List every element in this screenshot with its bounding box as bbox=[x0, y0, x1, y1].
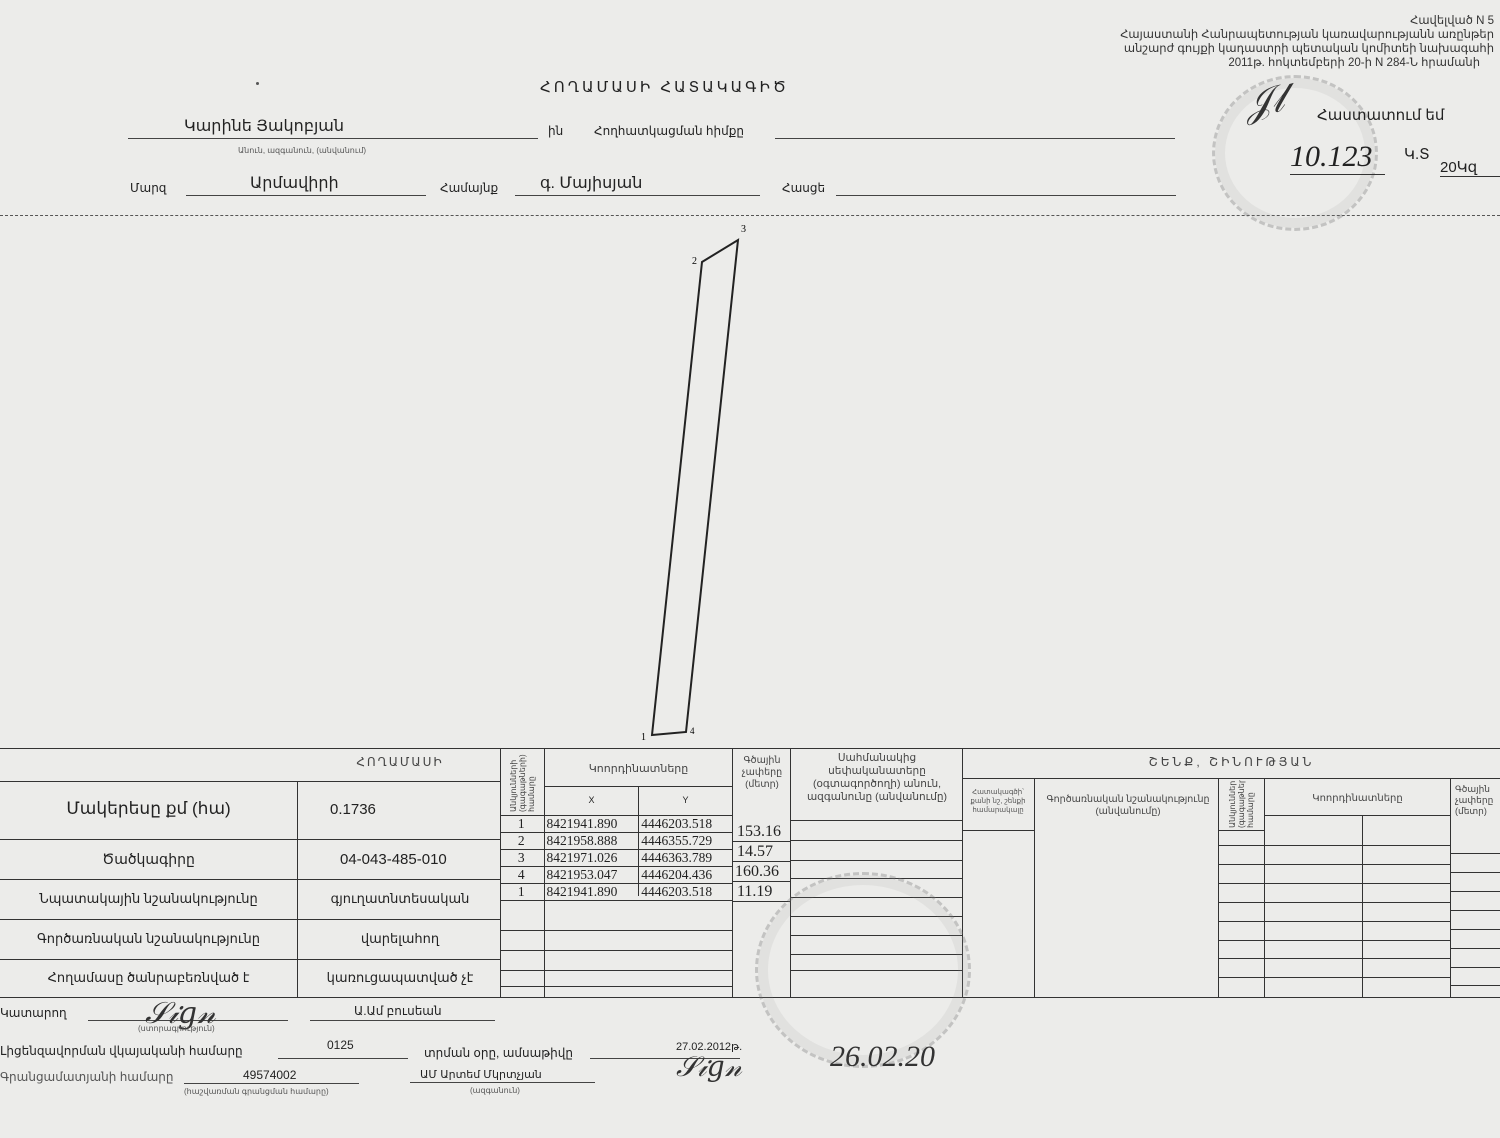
coords-empty-row bbox=[500, 986, 732, 987]
coords-header: Կոորդինատները bbox=[545, 762, 732, 775]
length-rows: 153.16 14.57 160.36 11.19 bbox=[733, 822, 790, 902]
building-length-row bbox=[1450, 872, 1500, 873]
y-header: Y bbox=[639, 795, 732, 805]
plot-point-label: 4 bbox=[690, 726, 695, 736]
building-length-row bbox=[1450, 910, 1500, 911]
coord-row: 4 8421953.047 4446204.436 bbox=[500, 867, 732, 884]
building-col-coords: Կոորդինատները bbox=[1265, 793, 1450, 804]
plot-drawing: 1 2 3 4 bbox=[0, 0, 1500, 760]
parcel-row-purpose: Նպատակային նշանակությունը գյուղատնտեսակա… bbox=[0, 879, 500, 920]
building-col-divider bbox=[1264, 778, 1265, 997]
table-bottom-border bbox=[0, 997, 1500, 998]
registry-value: 49574002 bbox=[243, 1068, 296, 1082]
building-row bbox=[1218, 845, 1450, 846]
issue-label: տրման օրը, ամսաթիվը bbox=[424, 1046, 573, 1060]
building-row bbox=[1218, 921, 1450, 922]
parcel-label: Ծածկագիրը bbox=[0, 851, 297, 868]
building-header: ՇԵՆՔ, ՇԻՆՈՒԹՅԱՆ bbox=[963, 755, 1500, 769]
length-header: Գծային չափերը (մետր) bbox=[736, 755, 788, 791]
building-row bbox=[1218, 902, 1450, 903]
coords-empty-row bbox=[500, 970, 732, 971]
building-col-inventory: Հատակագծի՝ քանի նշ, շենքի համարակալը bbox=[964, 788, 1032, 815]
registry-line bbox=[184, 1083, 359, 1084]
building-row bbox=[1218, 977, 1450, 978]
license-value: 0125 bbox=[327, 1038, 354, 1052]
parcel-label: Մակերեսը քմ (հա) bbox=[0, 799, 297, 819]
approver-name: ԱՄ Արտեմ Մկրտչյան bbox=[420, 1068, 542, 1081]
building-length-row bbox=[1450, 891, 1500, 892]
coord-row: 1 8421941.890 4446203.518 bbox=[500, 884, 732, 901]
building-row bbox=[1218, 883, 1450, 884]
license-label: Լիցենզավորման վկայականի համարը bbox=[0, 1044, 243, 1058]
parcel-header: ՀՈՂԱՄԱՍԻ bbox=[300, 755, 500, 769]
parcel-value: կառուցապատված չէ bbox=[300, 970, 500, 986]
coords-rows: 1 8421941.890 4446203.518 2 8421958.888 … bbox=[500, 816, 732, 901]
building-col-corners: Անկյունների (գագաթների) համարը bbox=[1219, 780, 1263, 830]
coord-row: 2 8421958.888 4446355.729 bbox=[500, 833, 732, 850]
parcel-row-code: Ծածկագիրը 04-043-485-010 bbox=[0, 839, 500, 880]
building-row bbox=[1218, 864, 1450, 865]
building-col-divider bbox=[1034, 778, 1035, 997]
adjacent-row bbox=[790, 860, 962, 861]
stamp-center bbox=[755, 872, 971, 1068]
parcel-value: գյուղատնտեսական bbox=[300, 891, 500, 907]
plot-point-label: 1 bbox=[641, 732, 646, 743]
adjacent-row bbox=[790, 840, 962, 841]
approver-signature: 𝒮𝒾𝑔𝓃 bbox=[676, 1050, 742, 1084]
executor-name: Ա.Ամ բուսեան bbox=[354, 1004, 442, 1018]
approver-line bbox=[410, 1082, 595, 1083]
parcel-value: վարելահող bbox=[300, 931, 500, 947]
table-top-border bbox=[0, 748, 1500, 749]
parcel-value: 04-043-485-010 bbox=[340, 851, 447, 868]
building-length-row bbox=[1450, 967, 1500, 968]
parcel-label: Գործառնական նշանակությունը bbox=[0, 931, 297, 947]
executor-caption: (ստորագրություն) bbox=[138, 1024, 215, 1033]
building-col-length: Գծային չափերը (մետր) bbox=[1455, 784, 1500, 820]
building-length-row bbox=[1450, 853, 1500, 854]
executor-label: Կատարող bbox=[0, 1006, 67, 1020]
coords-point-no-header: Անկյունների (գագաթների) համարը bbox=[500, 748, 544, 815]
handwritten-date: 26.02.20 bbox=[830, 1040, 935, 1074]
registry-caption: (հաշվառման գրանցման համարը) bbox=[184, 1087, 329, 1096]
building-xy-divider bbox=[1362, 815, 1363, 997]
parcel-label: Նպատակային նշանակությունը bbox=[0, 891, 297, 907]
building-header-divider bbox=[962, 778, 1500, 779]
building-col-function: Գործառնական նշանակությունը (անվանումը) bbox=[1038, 794, 1218, 818]
building-col-divider bbox=[1450, 778, 1451, 997]
building-length-row bbox=[1450, 929, 1500, 930]
executor-name-line bbox=[310, 1020, 495, 1021]
plot-point-label: 3 bbox=[741, 224, 746, 235]
coords-empty-row bbox=[500, 950, 732, 951]
plot-point-label: 2 bbox=[692, 256, 697, 267]
license-line bbox=[278, 1058, 408, 1059]
building-length-row bbox=[1450, 948, 1500, 949]
building-length-row bbox=[1450, 985, 1500, 986]
parcel-value: 0.1736 bbox=[330, 801, 376, 818]
coord-row: 1 8421941.890 4446203.518 bbox=[500, 816, 732, 833]
coord-row: 3 8421971.026 4446363.789 bbox=[500, 850, 732, 867]
parcel-label: Հողամասը ծանրաբեռնված է bbox=[0, 970, 297, 986]
adjacent-header: Սահմանակից սեփականատերը (օգտագործողի) ան… bbox=[792, 752, 962, 804]
parcel-row-function: Գործառնական նշանակությունը վարելահող bbox=[0, 919, 500, 960]
coords-empty-row bbox=[500, 930, 732, 931]
plot-outline bbox=[652, 240, 738, 735]
parcel-row-encumbrance: Հողամասը ծանրաբեռնված է կառուցապատված չէ bbox=[0, 959, 500, 997]
building-header-bottom bbox=[1218, 830, 1264, 831]
building-row bbox=[1218, 958, 1450, 959]
building-coords-subdivider bbox=[1264, 815, 1450, 816]
adjacent-header-divider bbox=[790, 820, 962, 821]
approver-caption: (ազգանուն) bbox=[470, 1086, 520, 1095]
building-header-bottom bbox=[962, 830, 1034, 831]
building-row bbox=[1218, 940, 1450, 941]
x-header: X bbox=[545, 795, 638, 805]
parcel-row-area: Մակերեսը քմ (հա) 0.1736 bbox=[0, 781, 500, 840]
registry-label: Գրանցամատյանի համարը bbox=[0, 1070, 174, 1084]
